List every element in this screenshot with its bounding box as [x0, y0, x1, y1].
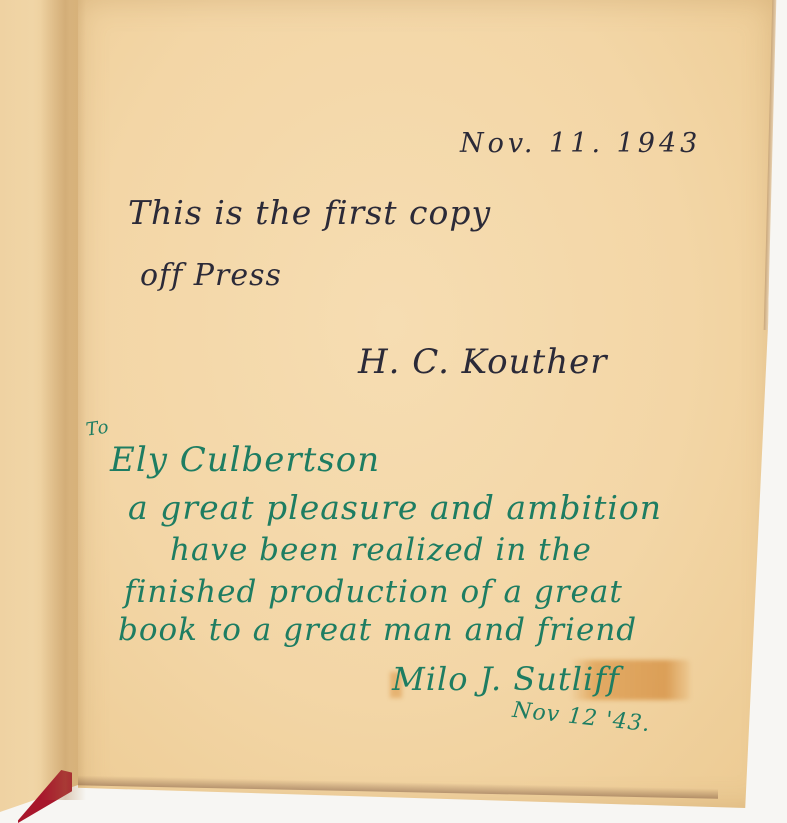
inscription-2-line-2: have been realized in the [170, 532, 592, 568]
inscription-2-line-3: finished production of a great [124, 574, 623, 610]
inscription-2-line-4: book to a great man and friend [118, 612, 637, 648]
signature-2: Milo J. Sutliff [392, 660, 620, 698]
inscription-1-line-1: This is the first copy [128, 193, 491, 232]
inscription-date-1: Nov. 11. 1943 [460, 128, 701, 159]
recipient-name: Ely Culbertson [110, 440, 380, 480]
inscription-2-line-1: a great pleasure and ambition [128, 488, 662, 527]
signature-1: H. C. Kouther [358, 342, 607, 382]
inscription-1-line-2: off Press [140, 258, 282, 293]
salutation: To [85, 416, 111, 440]
book-photo: Nov. 11. 1943 This is the first copy off… [0, 0, 787, 823]
gutter-shadow [40, 0, 86, 800]
